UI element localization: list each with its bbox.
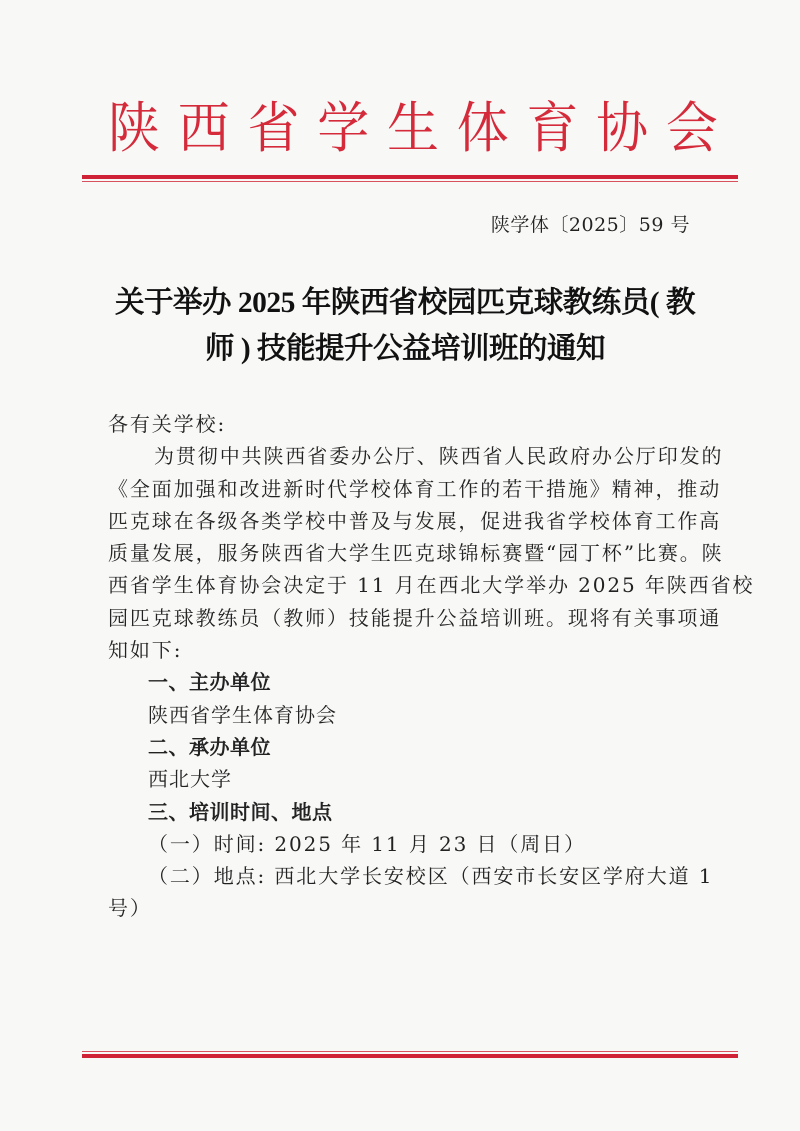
letterhead-char: 学: [317, 97, 369, 161]
document-body: 各有关学校: 为贯彻中共陕西省委办公厅、陕西省人民政府办公厅印发的 《全面加强和…: [108, 408, 704, 925]
title-line-2: 师 ) 技能提升公益培训班的通知: [100, 326, 710, 372]
section-item-location: （二）地点: 西北大学长安校区（西安市长安区学府大道 1: [108, 860, 704, 892]
letterhead-org-name: 陕 西 省 学 生 体 育 协 会: [108, 96, 718, 162]
salutation: 各有关学校:: [108, 408, 704, 440]
page-divider-bottom: [82, 1051, 738, 1058]
letterhead-char: 育: [526, 97, 578, 161]
letterhead-char: 体: [457, 97, 509, 161]
section-item-location-continuation: 号）: [108, 892, 704, 924]
divider-thin-line: [82, 181, 738, 182]
letterhead-char: 生: [387, 97, 439, 161]
paragraph-line: 《全面加强和改进新时代学校体育工作的若干措施》精神，推动: [108, 473, 704, 505]
title-line-1: 关于举办 2025 年陕西省校园匹克球教练员( 教: [100, 280, 710, 326]
letterhead-char: 陕: [108, 97, 160, 161]
paragraph-line: 园匹克球教练员（教师）技能提升公益培训班。现将有关事项通: [108, 602, 704, 634]
section-heading-host: 二、承办单位: [108, 731, 704, 763]
section-heading-time-location: 三、培训时间、地点: [108, 796, 704, 828]
section-heading-organizer: 一、主办单位: [108, 666, 704, 698]
section-content-host: 西北大学: [108, 763, 704, 795]
paragraph-line: 匹克球在各级各类学校中普及与发展，促进我省学校体育工作高: [108, 505, 704, 537]
letterhead-char: 西: [178, 97, 230, 161]
section-item-time: （一）时间: 2025 年 11 月 23 日（周日）: [108, 828, 704, 860]
letterhead-char: 会: [666, 97, 718, 161]
letterhead-char: 省: [247, 97, 299, 161]
paragraph-line: 知如下:: [108, 634, 704, 666]
section-content-organizer: 陕西省学生体育协会: [108, 699, 704, 731]
document-number: 陕学体〔2025〕59 号: [491, 212, 690, 238]
divider-thick-line: [82, 1054, 738, 1058]
document-title: 关于举办 2025 年陕西省校园匹克球教练员( 教 师 ) 技能提升公益培训班的…: [100, 280, 710, 372]
letterhead-divider-top: [82, 175, 738, 182]
letterhead-char: 协: [596, 97, 648, 161]
paragraph-line: 质量发展，服务陕西省大学生匹克球锦标赛暨“园丁杯”比赛。陕: [108, 537, 704, 569]
paragraph-line: 西省学生体育协会决定于 11 月在西北大学举办 2025 年陕西省校: [108, 569, 704, 601]
paragraph-line: 为贯彻中共陕西省委办公厅、陕西省人民政府办公厅印发的: [108, 440, 704, 472]
